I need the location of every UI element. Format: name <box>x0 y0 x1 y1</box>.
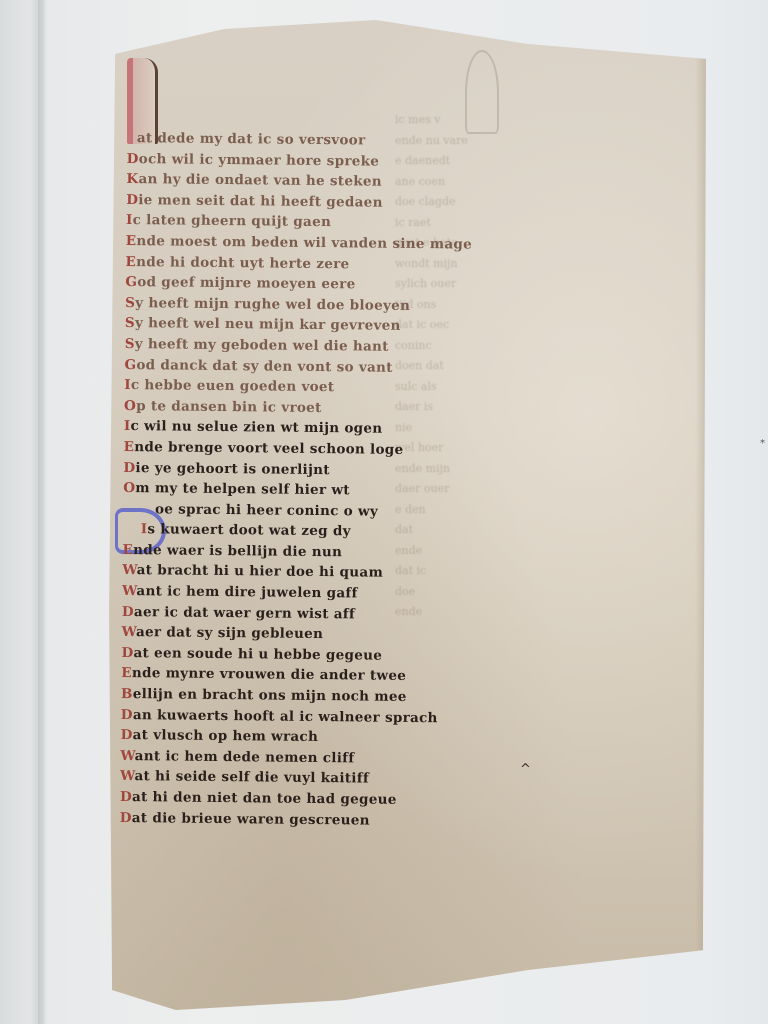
line-text: y heeft mijn rughe wel doe bloeyen <box>135 295 410 314</box>
rubricated-letter: I <box>124 377 131 393</box>
rubricated-letter: W <box>120 768 134 784</box>
rubricated-letter: E <box>121 665 132 681</box>
line-text: s kuwaert doot wat zeg dy <box>147 522 351 540</box>
manuscript-line: Ende brenge voort veel schoon loge <box>124 437 470 461</box>
line-text: ant ic hem dire juwelen gaff <box>136 583 357 601</box>
line-text: ie men seit dat hi heeft gedaen <box>138 192 383 211</box>
line-text: aer dat sy sijn gebleuen <box>136 624 323 642</box>
rubricated-letter: S <box>125 295 135 311</box>
line-text: at hi den niet dan toe had gegeue <box>132 789 397 808</box>
line-text: oe sprac hi heer coninc o wy <box>155 501 378 519</box>
line-text: at vlusch op hem wrach <box>133 727 319 745</box>
rubricated-letter: D <box>122 604 134 620</box>
rubricated-letter: E <box>124 439 135 455</box>
line-text: ie ye gehoort is onerlijnt <box>135 460 330 478</box>
line-text: od geef mijnre moeyen eere <box>137 274 355 292</box>
rubricated-letter <box>145 501 155 517</box>
line-text: och wil ic ymmaer hore spreke <box>139 151 380 170</box>
rubricated-letter: O <box>123 480 135 496</box>
rubricated-letter: O <box>124 398 136 414</box>
rubricated-letter: D <box>121 727 133 743</box>
rubricated-letter: W <box>120 748 134 764</box>
line-text: nde moest om beden wil vanden sine mage <box>136 233 472 253</box>
line-text: m my te helpen self hier wt <box>135 480 350 498</box>
margin-mark: ^ <box>520 762 531 777</box>
rubricated-letter: W <box>122 583 136 599</box>
rubricated-letter: G <box>124 357 136 373</box>
line-text: at dede my dat ic so versvoor <box>137 130 366 148</box>
rubricated-letter: K <box>126 171 138 187</box>
rubricated-letter: W <box>122 562 136 578</box>
rubricated-letter: E <box>126 254 137 270</box>
line-text: c hebbe euen goeden voet <box>131 377 335 395</box>
rubricated-letter: G <box>125 274 137 290</box>
rubricated-letter: E <box>126 233 137 249</box>
line-text: p te dansen bin ic vroet <box>136 398 322 416</box>
line-text: nde hi docht uyt herte zere <box>136 254 349 272</box>
rubricated-letter: D <box>127 151 139 167</box>
bleed-line: ic mes v <box>395 110 605 131</box>
line-text: an hy die ondaet van he steken <box>138 171 382 190</box>
photo-background: ic mes vende nu varee daenedtane coendoe… <box>0 0 768 1024</box>
rubricated-letter: B <box>121 686 133 702</box>
rubricated-letter: S <box>125 336 135 352</box>
book-gutter <box>38 0 44 1024</box>
line-text: nde waer is bellijn die nun <box>133 542 342 560</box>
line-text: at een soude hi u hebbe gegeue <box>133 645 382 664</box>
rubricated-letter: D <box>120 789 132 805</box>
rubricated-letter: W <box>122 624 136 640</box>
rubricated-letter: E <box>122 542 133 558</box>
rubricated-letter <box>127 130 137 146</box>
leaf-edge-shadow <box>695 44 709 950</box>
right-margin-mark: * <box>760 438 765 449</box>
line-text: ellijn en bracht ons mijn noch mee <box>133 686 407 705</box>
rubricated-letter: D <box>121 645 133 661</box>
line-text: y heeft my geboden wel die hant <box>135 336 389 355</box>
rubricated-letter: D <box>121 707 133 723</box>
line-text: an kuwaerts hooft al ic walneer sprach <box>133 707 438 726</box>
line-text: aer ic dat waer gern wist aff <box>134 604 355 622</box>
manuscript-line: Sy heeft my geboden wel die hant <box>125 334 471 358</box>
rubricated-letter: D <box>123 459 135 475</box>
line-text: ant ic hem dede nemen cliff <box>135 748 355 766</box>
manuscript-line: Dat die brieue waren gescreuen <box>120 808 466 832</box>
rubricated-letter: D <box>120 810 132 826</box>
line-text: at hi seide self die vuyl kaitiff <box>134 769 369 787</box>
line-text: nde mynre vrouwen die ander twee <box>132 666 406 685</box>
line-text: nde brenge voort veel schoon loge <box>134 439 403 458</box>
line-text: at die brieue waren gescreuen <box>132 810 370 828</box>
line-text: od danck dat sy den vont so vant <box>136 357 393 376</box>
line-text: at bracht hi u hier doe hi quam <box>137 563 384 582</box>
line-text: y heeft wel neu mijn kar gevreven <box>135 315 401 334</box>
rubricated-letter: D <box>126 192 138 208</box>
rubricated-letter: I <box>126 212 133 228</box>
line-text: c laten gheern quijt gaen <box>133 212 332 230</box>
line-text: c wil nu selue zien wt mijn ogen <box>130 418 382 437</box>
manuscript-text: at dede my dat ic so versvoorDoch wil ic… <box>120 128 474 832</box>
rubricated-letter: S <box>125 315 135 331</box>
